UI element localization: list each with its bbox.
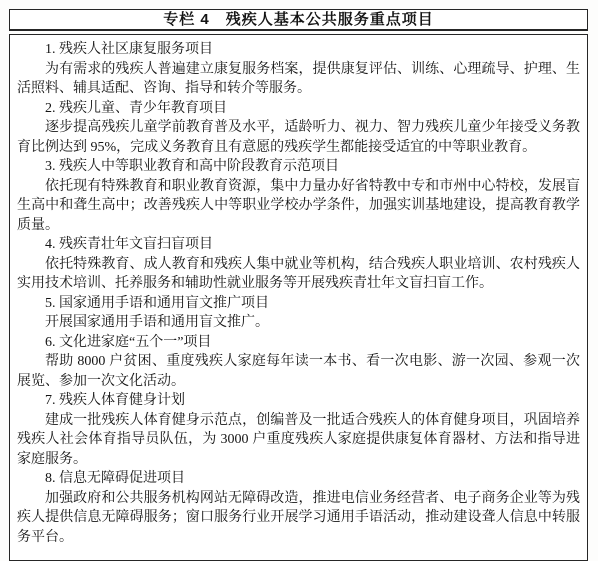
item-body: 加强政府和公共服务机构网站无障碍改造，推进电信业务经营者、电子商务企业等为残疾人… xyxy=(17,489,580,548)
key-projects-panel: 专栏 4 残疾人基本公共服务重点项目 1. 残疾人社区康复服务项目 为有需求的残… xyxy=(9,9,588,561)
item-heading: 5. 国家通用手语和通用盲文推广项目 xyxy=(17,294,580,314)
item-body: 依托现有特殊教育和职业教育资源，集中力量办好省特教中专和市州中心特校，发展盲生高… xyxy=(17,177,580,236)
item-heading: 7. 残疾人体育健身计划 xyxy=(17,391,580,411)
item-body: 帮助 8000 户贫困、重度残疾人家庭每年读一本书、看一次电影、游一次园、参观一… xyxy=(17,352,580,391)
item-heading: 2. 残疾儿童、青少年教育项目 xyxy=(17,99,580,119)
item-body: 依托特殊教育、成人教育和残疾人集中就业等机构，结合残疾人职业培训、农村残疾人实用… xyxy=(17,255,580,294)
item-heading: 6. 文化进家庭“五个一”项目 xyxy=(17,333,580,353)
item-body: 为有需求的残疾人普遍建立康复服务档案，提供康复评估、训练、心理疏导、护理、生活照… xyxy=(17,60,580,99)
item-heading: 8. 信息无障碍促进项目 xyxy=(17,469,580,489)
item-heading: 4. 残疾青壮年文盲扫盲项目 xyxy=(17,235,580,255)
item-heading: 1. 残疾人社区康复服务项目 xyxy=(17,40,580,60)
panel-title: 专栏 4 残疾人基本公共服务重点项目 xyxy=(9,9,588,31)
item-heading: 3. 残疾人中等职业教育和高中阶段教育示范项目 xyxy=(17,157,580,177)
item-body: 开展国家通用手语和通用盲文推广。 xyxy=(17,313,580,333)
panel-body: 1. 残疾人社区康复服务项目 为有需求的残疾人普遍建立康复服务档案，提供康复评估… xyxy=(9,34,588,561)
item-body: 建成一批残疾人体育健身示范点，创编普及一批适合残疾人的体育健身项目，巩固培养残疾… xyxy=(17,411,580,470)
item-body: 逐步提高残疾儿童学前教育普及水平，适龄听力、视力、智力残疾儿童少年接受义务教育比… xyxy=(17,118,580,157)
